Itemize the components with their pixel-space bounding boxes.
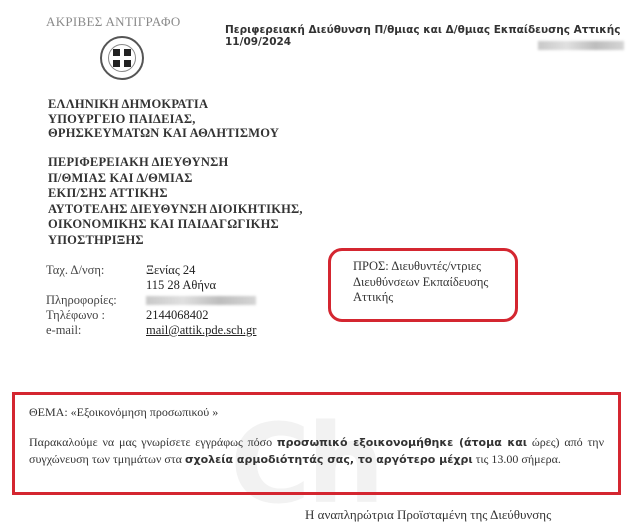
body-part: τις 13.00 σήμερα. [473, 452, 561, 466]
greek-emblem-icon [100, 36, 144, 80]
recipient-box: ΠΡΟΣ: Διευθυντές/ντριες Διευθύνσεων Εκπα… [328, 248, 518, 322]
recipient-line: ΠΡΟΣ: Διευθυντές/ντριες [353, 259, 515, 275]
subject-box: ΘΕΜΑ: «Εξοικονόμηση προσωπικού » Παρακαλ… [12, 392, 621, 495]
info-label: Πληροφορίες: [46, 293, 146, 308]
department-line: ΥΠΟΣΤΗΡΙΞΗΣ [48, 233, 303, 249]
signature-title: Η αναπληρώτρια Προϊσταμένη της Διεύθυνση… [305, 507, 551, 523]
phone-value: 2144068402 [146, 308, 209, 323]
ministry-block: ΕΛΛΗΝΙΚΗ ΔΗΜΟΚΡΑΤΙΑ ΥΠΟΥΡΓΕΙΟ ΠΑΙΔΕΙΑΣ, … [48, 97, 279, 141]
department-block: ΠΕΡΙΦΕΡΕΙΑΚΗ ΔΙΕΥΘΥΝΣΗ Π/ΘΜΙΑΣ ΚΑΙ Δ/ΘΜΙ… [48, 155, 303, 248]
body-text: Παρακαλούμε να μας γνωρίσετε εγγράφως πό… [29, 434, 604, 468]
recipient-line: Διευθύνσεων Εκπαίδευσης [353, 275, 515, 291]
contact-block: Ταχ. Δ/νση:Ξενίας 24 115 28 Αθήνα Πληροφ… [46, 263, 256, 338]
department-line: Π/ΘΜΙΑΣ ΚΑΙ Δ/ΘΜΙΑΣ [48, 171, 303, 187]
certified-copy-stamp: ΑΚΡΙΒΕΣ ΑΝΤΙΓΡΑΦΟ [46, 14, 181, 30]
subject-line: ΘΕΜΑ: «Εξοικονόμηση προσωπικού » [29, 405, 604, 420]
department-line: ΑΥΤΟΤΕΛΗΣ ΔΙΕΥΘΥΝΣΗ ΔΙΟΙΚΗΤΙΚΗΣ, [48, 202, 303, 218]
address-label: Ταχ. Δ/νση: [46, 263, 146, 278]
ministry-line: ΕΛΛΗΝΙΚΗ ΔΗΜΟΚΡΑΤΙΑ [48, 97, 279, 112]
phone-label: Τηλέφωνο : [46, 308, 146, 323]
redacted-contact-name [146, 296, 256, 305]
body-bold: σχολεία αρμοδιότητάς σας, το αργότερο μέ… [185, 453, 473, 466]
department-line: ΟΙΚΟΝΟΜΙΚΗΣ ΚΑΙ ΠΑΙΔΑΓΩΓΙΚΗΣ [48, 217, 303, 233]
ministry-line: ΘΡΗΣΚΕΥΜΑΤΩΝ ΚΑΙ ΑΘΛΗΤΙΣΜΟΥ [48, 126, 279, 141]
address-line1: Ξενίας 24 [146, 263, 195, 278]
ministry-line: ΥΠΟΥΡΓΕΙΟ ΠΑΙΔΕΙΑΣ, [48, 112, 279, 127]
body-bold: προσωπικό εξοικονομήθηκε (άτομα και [277, 436, 527, 449]
body-part: Παρακαλούμε να μας γνωρίσετε εγγράφως πό… [29, 435, 277, 449]
email-link[interactable]: mail@attik.pde.sch.gr [146, 323, 256, 338]
email-label: e-mail: [46, 323, 146, 338]
redacted-protocol-number [538, 41, 624, 50]
recipient-line: Αττικής [353, 290, 515, 306]
address-line2: 115 28 Αθήνα [146, 278, 216, 293]
department-line: ΕΚΠ/ΣΗΣ ΑΤΤΙΚΗΣ [48, 186, 303, 202]
department-line: ΠΕΡΙΦΕΡΕΙΑΚΗ ΔΙΕΥΘΥΝΣΗ [48, 155, 303, 171]
